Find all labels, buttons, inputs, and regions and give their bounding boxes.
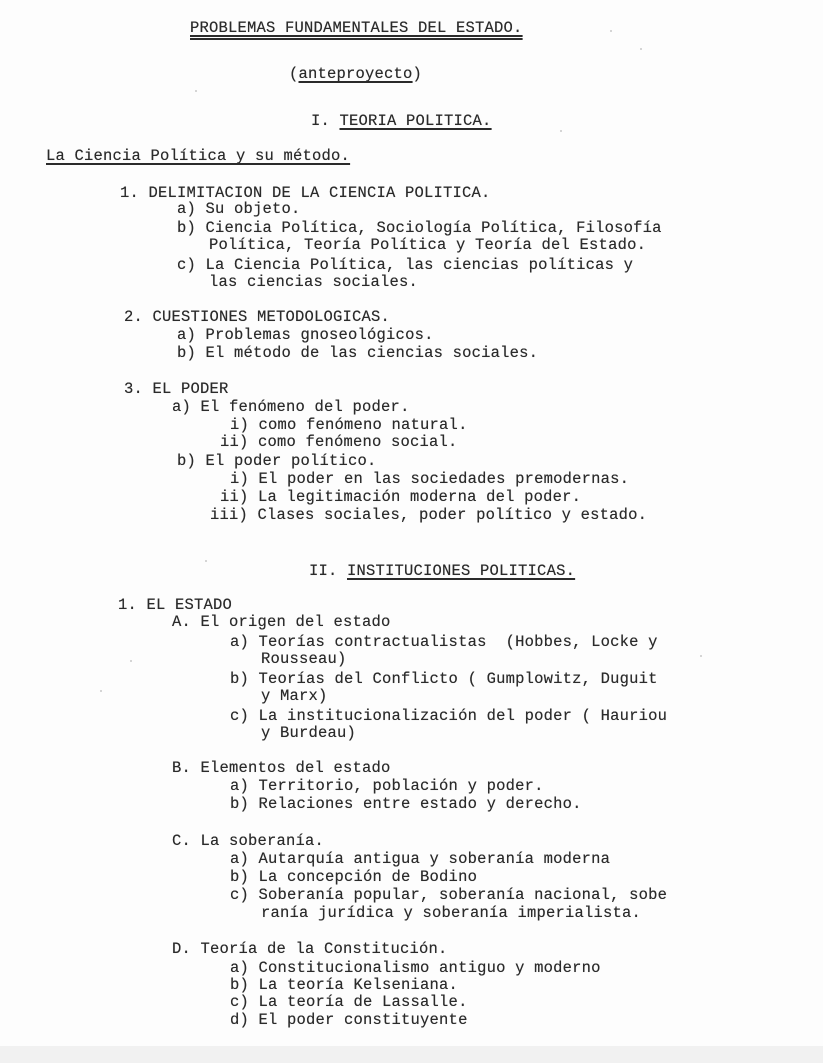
section-a-a: a) Teorías contractualistas (Hobbes, Loc… [230,634,658,651]
item-3-heading: 3. EL PODER [124,381,229,398]
line-text: Ciencia Política, Sociología Política, F… [206,219,662,237]
line-text: La teoría Kelseniana. [259,976,459,994]
part-one-number: I. [311,112,330,130]
line-text: b) [177,344,196,362]
document-title: PROBLEMAS FUNDAMENTALES DEL ESTADO. [190,20,523,37]
section-a-c: c) La institucionalización del poder ( H… [230,708,667,725]
item-1-b: b) Ciencia Política, Sociología Política… [177,220,662,237]
item-3-b: b) El poder político. [177,453,377,470]
section-d-c: c) La teoría de Lassalle. [230,994,468,1011]
line-text: a) [177,200,196,218]
paper-speck [205,560,207,562]
document-subtitle: (anteproyecto) [289,66,422,83]
line-text: iii) [210,506,248,524]
paper-speck [610,30,612,32]
item-1-a: a) Su objeto. [177,201,301,218]
paper-speck [195,90,197,92]
section-c-c: c) Soberanía popular, soberanía nacional… [230,887,667,904]
line-text: Constitucionalismo antiguo y moderno [259,959,601,977]
line-text: b) [177,219,196,237]
line-text: i) [230,416,249,434]
item-3-a-ii: ii) como fenómeno social. [220,434,458,451]
line-text: Teorías contractualistas (Hobbes, Locke … [259,633,658,651]
item-1-c: c) La Ciencia Política, las ciencias pol… [177,257,633,274]
part-one-title: TEORIA POLITICA. [340,112,492,130]
subtitle-text: anteproyecto [299,65,413,83]
section-a-heading: A. El origen del estado [172,614,391,631]
section-d-b: b) La teoría Kelseniana. [230,977,458,994]
line-text: b) [177,452,196,470]
line-text: Relaciones entre estado y derecho. [259,795,582,813]
line-text: Clases sociales, poder político y estado… [258,506,648,524]
line-text: La Ciencia Política, las ciencias políti… [206,256,634,274]
line-text: ii) [220,433,249,451]
line-text: Autarquía antigua y soberanía moderna [259,850,611,868]
line-text: i) [230,470,249,488]
line-text: Teorías del Conflicto ( Gumplowitz, Dugu… [259,670,658,688]
paper-speck [560,130,562,132]
line-text: c) [177,256,196,274]
line-text: El poder constituyente [259,1011,468,1029]
line-text: d) [230,1011,249,1029]
line-text: a) [177,326,196,344]
line-text: La teoría de Lassalle. [259,993,468,1011]
paper-speck [700,655,702,657]
line-text: Territorio, población y poder. [259,777,544,795]
line-text: b) [230,795,249,813]
section-c-b: b) La concepción de Bodino [230,869,477,886]
part-two-number: II. [309,562,338,580]
line-text: La legitimación moderna del poder. [258,488,581,506]
line-text: a) [172,398,191,416]
section-d-a: a) Constitucionalismo antiguo y moderno [230,960,601,977]
item-2-heading: 2. CUESTIONES METODOLOGICAS. [124,309,390,326]
line-text: El fenómeno del poder. [201,398,410,416]
line-text: a) [230,633,249,651]
part-two-heading: II. INSTITUCIONES POLITICAS. [309,563,575,580]
section-d-heading: D. Teoría de la Constitución. [172,941,448,958]
page-bottom-edge [0,1046,823,1063]
line-text: a) [230,959,249,977]
item-3-b-i: i) El poder en las sociedades premoderna… [230,471,629,488]
item-2-b: b) El método de las ciencias sociales. [177,345,538,362]
line-text: a) [230,777,249,795]
line-text: La institucionalización del poder ( Haur… [259,707,668,725]
line-text: c) [230,886,249,904]
typewritten-page: PROBLEMAS FUNDAMENTALES DEL ESTADO. (ant… [0,0,823,1046]
line-text: El poder político. [206,452,377,470]
line-text: Soberanía popular, soberanía nacional, s… [259,886,668,904]
line-text: como fenómeno social. [258,433,458,451]
line-text: c) [230,707,249,725]
section-a-b: b) Teorías del Conflicto ( Gumplowitz, D… [230,671,658,688]
line-text: b) [230,670,249,688]
paper-speck [640,48,642,50]
part-two-title: INSTITUCIONES POLITICAS. [347,562,575,580]
line-text: ii) [220,488,249,506]
section-b-a: a) Territorio, población y poder. [230,778,544,795]
line-text: El poder en las sociedades premodernas. [259,470,630,488]
section-d-d: d) El poder constituyente [230,1012,468,1029]
section-c-a: a) Autarquía antigua y soberanía moderna [230,851,610,868]
item-3-a-i: i) como fenómeno natural. [230,417,468,434]
part-one-heading: I. TEORIA POLITICA. [311,113,492,130]
line-text: b) [230,868,249,886]
paper-speck [100,690,102,692]
item-2-a: a) Problemas gnoseológicos. [177,327,434,344]
line-text: El método de las ciencias sociales. [206,344,539,362]
estado-heading: 1. EL ESTADO [118,597,232,614]
line-text: b) [230,976,249,994]
section-c-c-cont: ranía jurídica y soberanía imperialista. [261,905,641,922]
section-a-c-cont: y Burdeau) [261,725,356,742]
section-b-b: b) Relaciones entre estado y derecho. [230,796,582,813]
item-3-b-iii: iii) Clases sociales, poder político y e… [210,507,647,524]
item-3-a: a) El fenómeno del poder. [172,399,410,416]
line-text: Su objeto. [206,200,301,218]
section-a-b-cont: y Marx) [261,688,328,705]
section-a-a-cont: Rousseau) [261,651,347,668]
item-1-b-cont: Política, Teoría Política y Teoría del E… [209,237,646,254]
item-3-b-ii: ii) La legitimación moderna del poder. [220,489,581,506]
line-text: c) [230,993,249,1011]
section-c-heading: C. La soberanía. [172,833,324,850]
section-b-heading: B. Elementos del estado [172,760,391,777]
line-text: Problemas gnoseológicos. [206,326,434,344]
paper-speck [130,660,132,662]
item-1-c-cont: las ciencias sociales. [209,274,418,291]
line-text: como fenómeno natural. [259,416,468,434]
line-text: a) [230,850,249,868]
section-title: La Ciencia Política y su método. [46,148,350,165]
item-1-heading: 1. DELIMITACION DE LA CIENCIA POLITICA. [120,185,491,202]
line-text: La concepción de Bodino [259,868,478,886]
